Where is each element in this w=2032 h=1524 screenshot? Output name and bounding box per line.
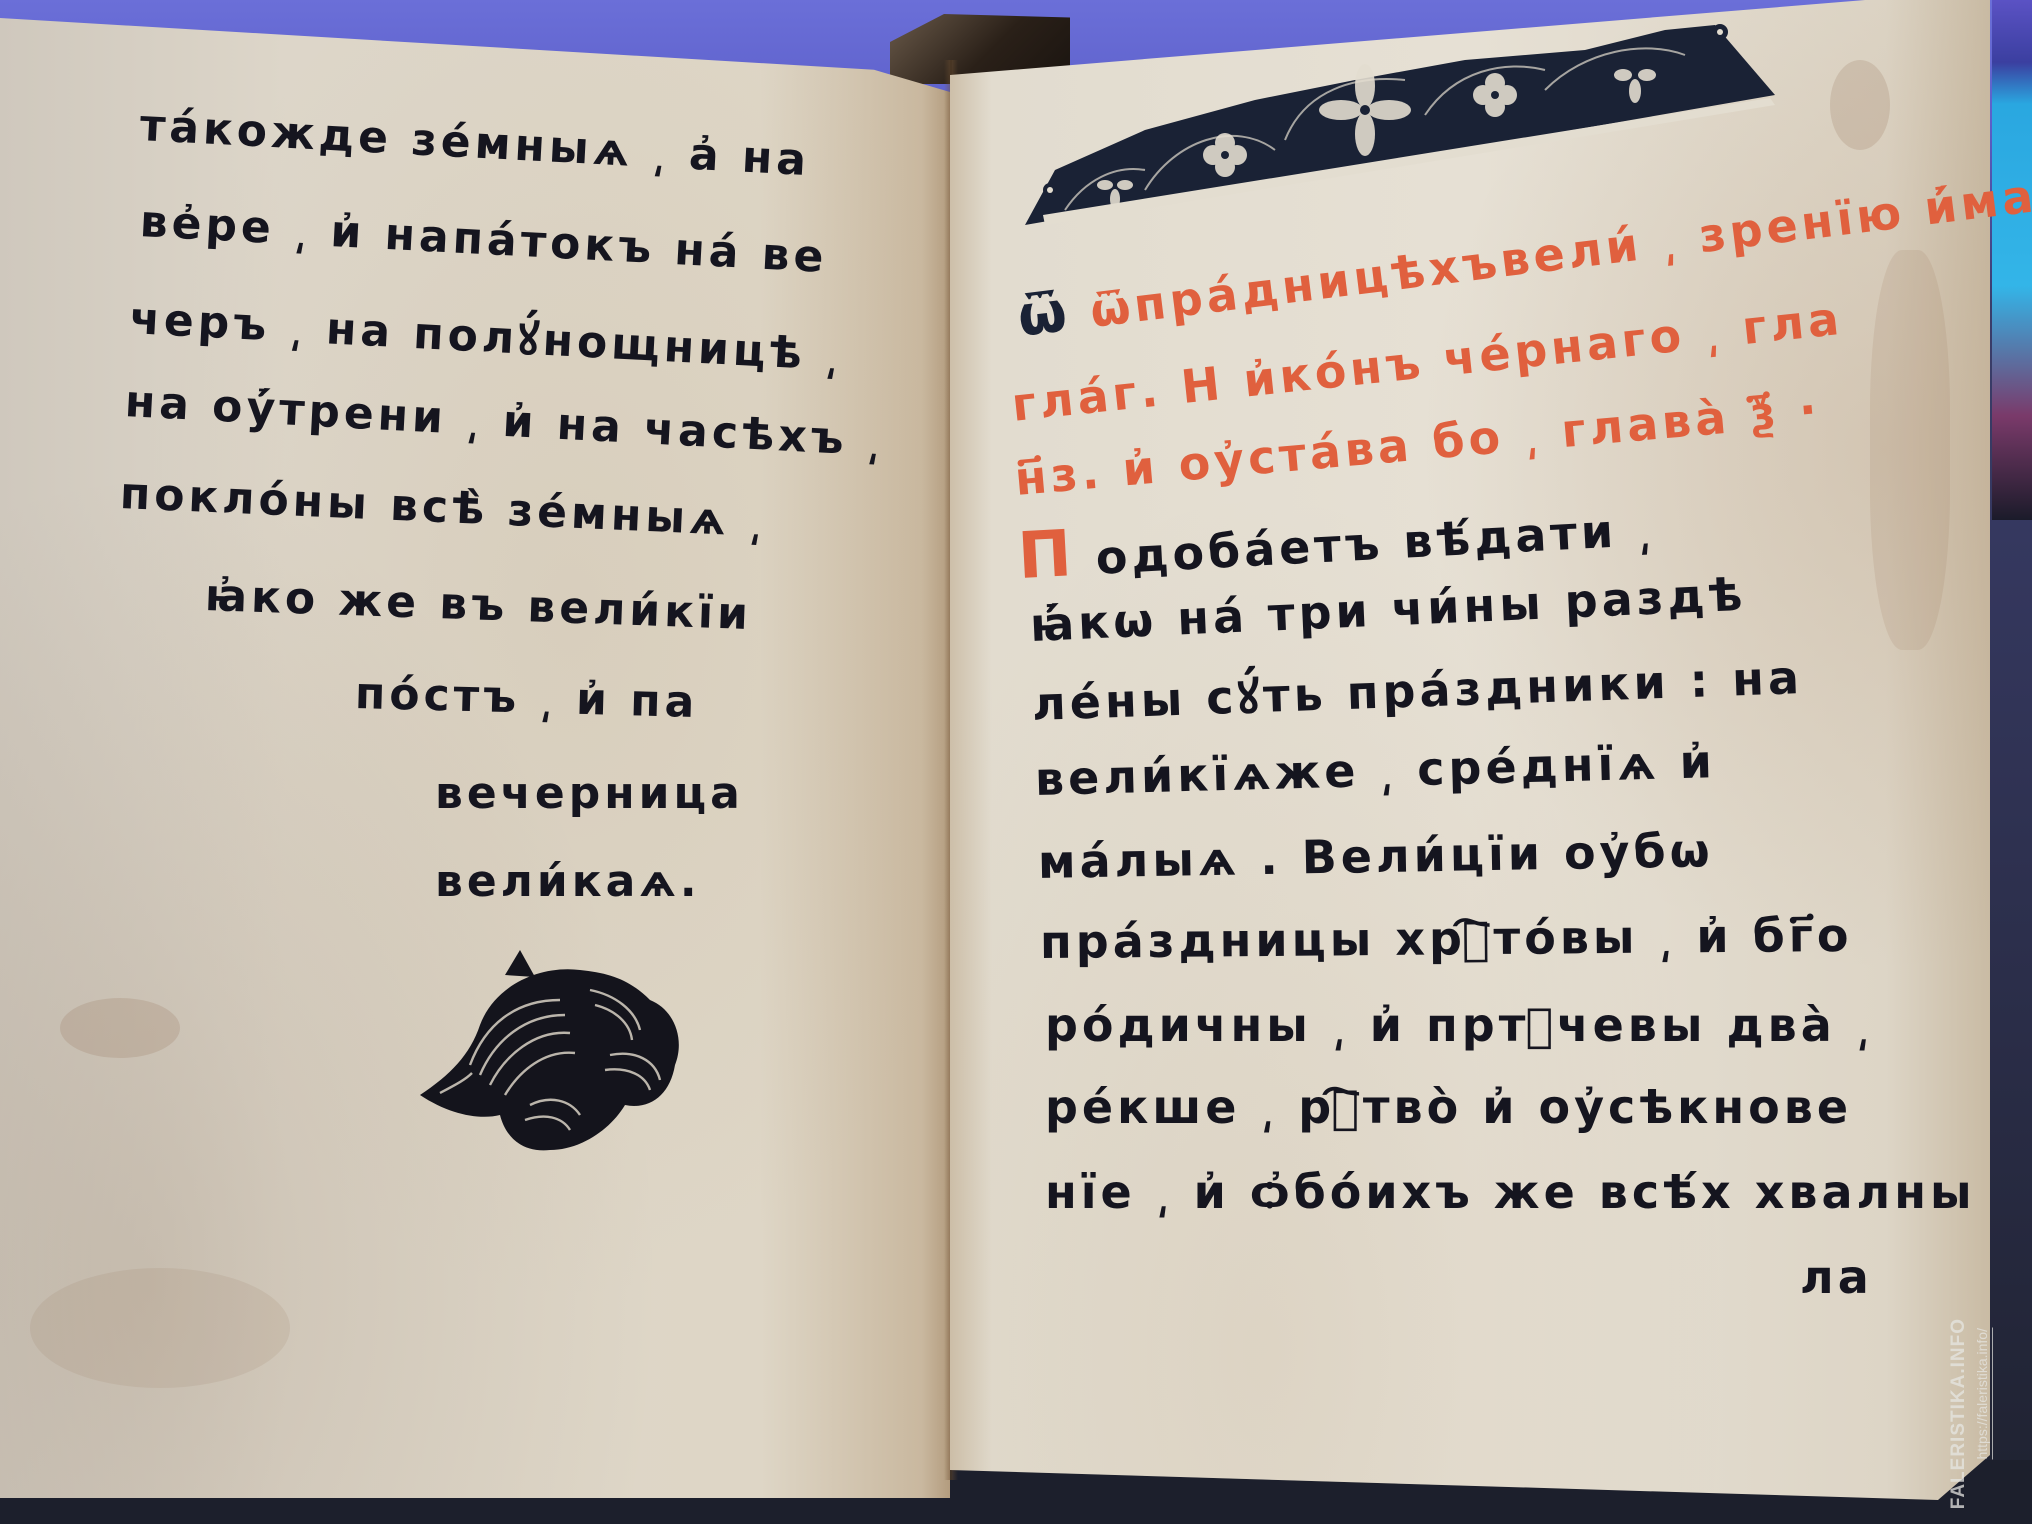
watermark-url: https://faleristika.info/ [1974, 1328, 1993, 1460]
headpiece-ornament-icon [1025, 20, 1785, 230]
text-line: покло́ны всѣ̀ зе́мныѧ ͵ [119, 468, 767, 547]
body-line: нїе ͵ и҆ ѻ҆бо́ихъ же всѣ́х хвалны [1045, 1165, 1976, 1219]
text-line: на оу҆́трени ͵ и҆ на часѣхъ ͵ [124, 376, 886, 467]
tailpiece-ornament-icon [410, 945, 690, 1165]
watermark: FALERISTIKA.INFO https://faleristika.inf… [1948, 1318, 2008, 1498]
text-line: вечерница [435, 768, 744, 819]
text-line: вели́каѧ. [435, 856, 701, 907]
body-line: ре́кше ͵ рⷤ҇тво̀ и҆ оу҆сѣкнове [1045, 1080, 1852, 1134]
text-line: та́кожде зе́мныѧ ͵ а҆ на [139, 100, 812, 186]
text-line: ꙗ҆ко же въ вели́кїи [204, 570, 753, 640]
text-line: черъ ͵ на полꙋ́нощницѣ ͵ [128, 286, 844, 383]
text-line: ве҆ре ͵ и҆ напа́токъ на́ ве [139, 196, 829, 283]
catchword: ла [1800, 1250, 1873, 1304]
book-photo: та́кожде зе́мныѧ ͵ а҆ на ве҆ре ͵ и҆ напа… [0, 0, 2032, 1524]
background-cloth [1992, 0, 2032, 520]
paper-stain [30, 1268, 290, 1388]
initial-letter-p: П [1016, 517, 1077, 594]
body-line: ро́дичны ͵ и҆ пртⷣчевы два̀ ͵ [1045, 998, 1874, 1052]
watermark-brand: FALERISTIKA.INFO [1948, 1318, 1970, 1509]
paper-stain [1830, 60, 1890, 150]
paper-stain [60, 998, 180, 1058]
body-line: пра́здницы хрⷭ҇то́вы ͵ и҆ бг҃о [1040, 908, 1853, 969]
left-page: та́кожде зе́мныѧ ͵ а҆ на ве҆ре ͵ и҆ напа… [0, 18, 950, 1498]
initial-letter-ot: ѿ [1014, 279, 1074, 350]
text-line: по́стъ ͵ и҆ па [354, 668, 699, 728]
paper-stain [1870, 250, 1950, 650]
